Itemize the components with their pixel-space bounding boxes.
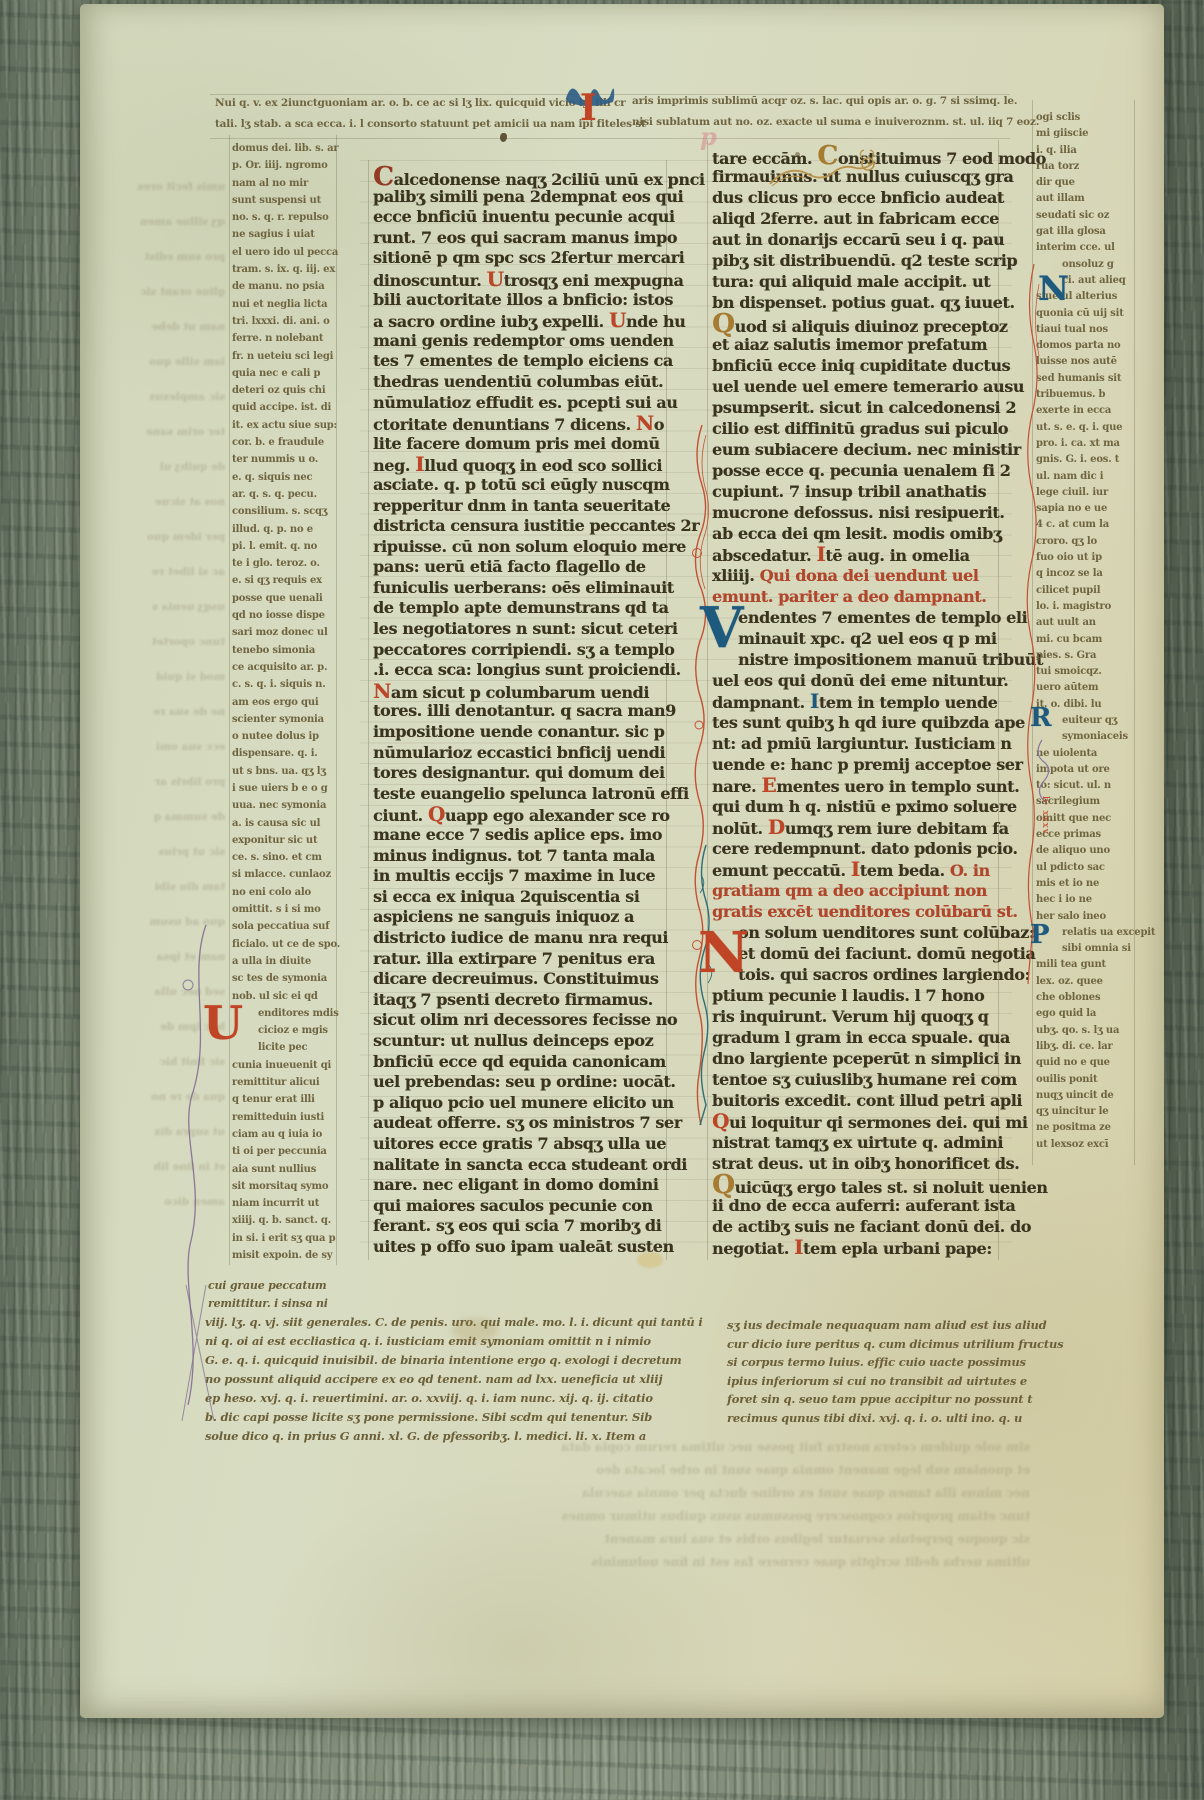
text-line: aia sunt nullius [232, 1161, 334, 1178]
text-line: tenebo simonia [232, 642, 334, 659]
text-line: foret sin q. seuo tam ppue accipitur no … [727, 1390, 1063, 1409]
text-line: interim cce. ul [1036, 240, 1136, 256]
red-marginal-note: b· xxxv [1040, 796, 1050, 835]
text-line: bili auctoritate illos a bnficio: istos [373, 290, 665, 311]
initial-N-non-solum: N [698, 925, 749, 981]
text-line: croro. qʒ lo [1036, 534, 1136, 550]
text-line: de manu. no psia [232, 278, 334, 295]
text-line: ne de sua re [95, 695, 225, 730]
text-line: quid no e que [1036, 1055, 1136, 1071]
text-line: bnficiū ecce qd equida canonicam [373, 1052, 665, 1073]
text-line: nui et neglia licta [232, 296, 334, 313]
text-line: qui dum h q. nistiū e pximo soluere [712, 796, 996, 817]
text-line: scuntur: ut nullus deinceps epoz [373, 1031, 665, 1052]
text-line: qui maiores saculos pecunie con [373, 1196, 665, 1217]
initial-U-venditores: U [203, 1000, 243, 1046]
text-line: relatis ua excepit [1036, 925, 1136, 941]
text-line: no possunt aliquid accipere ex eo qd ten… [205, 1370, 703, 1389]
text-line: aspiciens ne sanguis iniquoz a [373, 907, 665, 928]
text-line: deteri oz quis chi [232, 382, 334, 399]
text-line: les negotiatores n sunt: sicut ceteri [373, 619, 665, 640]
main-text-column-1: Calcedonense naqʒ 2ciliū unū ex pncipali… [373, 166, 665, 1257]
text-line: sapia no e ue [1036, 501, 1136, 517]
manuscript-photo: Nui q. v. ex 2iunctguoniam ar. o. b. ce … [0, 0, 1204, 1800]
text-line: pro sum edist [95, 240, 225, 275]
text-line: gnis. G. i. eos. t [1036, 452, 1136, 468]
text-line: nolūt. Dumqʒ rem iure debitam fa [712, 817, 996, 838]
text-line: omitt que nec [1036, 811, 1136, 827]
text-line: abscedatur. Itē aug. in omelia [712, 544, 996, 565]
text-line: ciunt. Quapp ego alexander sce ro [373, 804, 665, 825]
text-line: sic quoque perpetuis seruatur legibus or… [170, 1528, 1030, 1551]
text-line: ecc sua omi [95, 730, 225, 765]
text-line: b. dic capi posse licite sʒ pone permiss… [205, 1408, 703, 1427]
text-line: nuqʒ uincit de [1036, 1088, 1136, 1104]
text-line: sicut olim nri decessores fecisse no [373, 1010, 665, 1031]
text-line: Quicūqʒ ergo tales st. si noluit uenien [712, 1174, 996, 1195]
text-line: gliue orant sic [95, 275, 225, 310]
text-line: remitteduin iusti [232, 1109, 334, 1126]
text-line: nūmulatioz effudit es. pcepti sui au [373, 393, 665, 414]
text-line: cere redempnunt. dato pdonis pcio. [712, 838, 996, 859]
text-line: ficialo. ut ce de spo. [232, 936, 334, 953]
text-line: sc tes de symonia [232, 970, 334, 987]
initial-N-right-gloss: N [1038, 272, 1069, 306]
text-line: p aliquo pcio uel munere elicito un [373, 1093, 665, 1114]
text-line: aut uult an [1036, 615, 1136, 631]
text-line: sunt suspensi ut [232, 192, 334, 209]
text-line: p. Or. iiij. ngromo [232, 157, 334, 174]
text-line: cicioz e mgis [232, 1022, 334, 1039]
text-line: ut lexsoz excī [1036, 1137, 1136, 1153]
text-line: domos parta no [1036, 338, 1136, 354]
text-line: domus dei. lib. s. ar [232, 140, 334, 157]
text-line: ul pdicto sac [1036, 860, 1136, 876]
text-line: gat illa glosa [1036, 224, 1136, 240]
text-line: ogi sclis [1036, 110, 1136, 126]
text-line: funiculis uerberans: oēs eliminauit [373, 578, 665, 599]
text-line: i. q. ilia [1036, 143, 1136, 159]
ruling-line [229, 135, 230, 1265]
text-line: cunia inueuenit qi [232, 1057, 334, 1074]
text-line: dir que [1036, 175, 1136, 191]
right-margin-gloss: ogi sclismi giisciei. q. iliarua torzdir… [1036, 110, 1136, 1153]
pink-showthrough-letter: p [700, 122, 717, 151]
ruling-line [336, 135, 337, 1265]
text-line: nos at sicue [95, 485, 225, 520]
text-line: ti oi per peccunia [232, 1143, 334, 1160]
text-line: it. ex actu siue sup: [232, 417, 334, 434]
text-line: pro libris ar [95, 765, 225, 800]
text-line: impota ut ore [1036, 762, 1136, 778]
text-line: misit expoin. de sy [232, 1247, 334, 1264]
text-line: el uero ido ul pecca [232, 244, 334, 261]
text-line: ctoritate denuntians 7 dicens. No [373, 413, 665, 434]
text-line: ul. nam dic i [1036, 469, 1136, 485]
text-line: uel prebendas: seu p ordine: uocāt. [373, 1072, 665, 1093]
text-line: Quod si aliquis diuinoz preceptoz [712, 313, 996, 334]
text-line: audeat offerre. sʒ os ministros 7 ser [373, 1113, 665, 1134]
text-line: districto iudice de manu nra requi [373, 928, 665, 949]
text-line: pro. i. ca. xt ma [1036, 436, 1136, 452]
text-line: si corpus termo luius. effic cuio uacte … [727, 1353, 1063, 1372]
text-line: gradum l gram in ecca spuale. qua [712, 1027, 996, 1048]
text-line: Nam sicut p columbarum uendi [373, 681, 665, 702]
text-line: uero aūtem [1036, 680, 1136, 696]
text-line: e. si qʒ requis ex [232, 572, 334, 589]
text-line: lite facere domum pris mei domū [373, 434, 665, 455]
text-line: ne positma ze [1036, 1120, 1136, 1136]
text-line: 4 c. at cum la [1036, 517, 1136, 533]
text-line: qʒ sillue amen [95, 205, 225, 240]
text-line: pans: uerū etiā facto flagello de [373, 557, 665, 578]
text-line: de aliquo uno [1036, 843, 1136, 859]
text-line: nalitate in sancta ecca studeant ordi [373, 1155, 665, 1176]
text-line: to: sicut. ul. n [1036, 778, 1136, 794]
text-line: ultima uerba dedit scriptis quae cernere… [170, 1551, 1030, 1574]
text-line: buitoris excedit. cont illud petri apli [712, 1090, 996, 1111]
text-line: bnficiū ecce iniq cupiditate ductus [712, 355, 996, 376]
penwork-purple-curl [1030, 740, 1050, 804]
text-line: i sue uiers b e o g [232, 780, 334, 797]
text-line: uende e: hanc p premij acceptoe ser [712, 754, 996, 775]
text-line: sitionē p qm spc scs 2fertur mercari [373, 248, 665, 269]
text-line: in si. i erit sʒ qua p [232, 1230, 334, 1247]
text-line: teste euangelio spelunca latronū effi [373, 784, 665, 805]
text-line: asciate. q. p totū sci eūgly nuscqm [373, 475, 665, 496]
text-line: strat deus. ut in oibʒ honorificet ds. [712, 1153, 996, 1174]
text-line: cilicet pupil [1036, 583, 1136, 599]
text-line: tentoe sʒ cuiuslibʒ humane rei com [712, 1069, 996, 1090]
text-line: nare. Ementes uero in templo sunt. [712, 775, 996, 796]
text-line: fuo oio ut ip [1036, 550, 1136, 566]
text-line: nistrat tamqʒ ex uirtute q. admini [712, 1132, 996, 1153]
text-line: G. e. q. i. quicquid inuisibil. de binar… [205, 1351, 703, 1370]
text-line: xliiij. Qui dona dei uendunt uel [712, 565, 996, 586]
text-line: nt: ad pmiū largiuntur. Iusticiam n [712, 733, 996, 754]
text-line: runt. 7 eos qui sacram manus impo [373, 228, 665, 249]
text-line: mi. cu bcam [1036, 632, 1136, 648]
text-line: uua. nec symonia [232, 797, 334, 814]
text-line: ep heso. xvj. q. i. reuertimini. ar. o. … [205, 1389, 703, 1408]
text-line: ac si libet re [95, 555, 225, 590]
text-line: nec minus illa tamen quae sunt ex ordine… [170, 1482, 1030, 1505]
ruling-line [210, 138, 1010, 139]
text-line: uel uende uel emere temerario ausu [712, 376, 996, 397]
text-line: tes sunt quibʒ h qd iure quibzda ape [712, 712, 996, 733]
text-line: ne uiolenta [1036, 746, 1136, 762]
text-line: a. is causa sic ul [232, 815, 334, 832]
text-line: quid accipe. ist. di [232, 399, 334, 416]
text-line: sari moz donec ul [232, 624, 334, 641]
text-line: ouilis ponit [1036, 1072, 1136, 1088]
text-line: hec i io ne [1036, 892, 1136, 908]
text-line: luisse nos autē [1036, 354, 1136, 370]
text-line: cupiunt. 7 insup tribil anathatis [712, 481, 996, 502]
text-line: pies. s. Gra [1036, 648, 1136, 664]
text-line: tunc etiam proprios cognoscere possumus … [170, 1505, 1030, 1528]
text-line: cilio est diffinitū gradus sui piculo [712, 418, 996, 439]
text-line: mili tea gunt [1036, 957, 1136, 973]
text-line: xiiij. q. b. sanct. q. [232, 1212, 334, 1229]
text-line: ferant. sʒ eos qui scia 7 moribʒ di [373, 1216, 665, 1237]
text-line: cur dicio iure peritus q. cum dicimus ut… [727, 1335, 1063, 1354]
text-line: ubʒ. qo. s. lʒ ua [1036, 1023, 1136, 1039]
text-line: nistre impositionem manuū tribuūt [712, 649, 996, 670]
text-line: sibi omnia si [1036, 941, 1136, 957]
text-line: nam ut debe [95, 310, 225, 345]
text-line: omittit. s i si mo [232, 901, 334, 918]
text-line: uel eos qui donū dei eme nituntur. [712, 670, 996, 691]
text-line: ptium pecunie l laudis. l 7 hono [712, 985, 996, 1006]
text-line: mod si quid [95, 660, 225, 695]
text-line: nam al no mir [232, 175, 334, 192]
text-line: gratis excēt uenditores colūbarū st. [712, 901, 996, 922]
text-line: dinoscuntur. Utrosqʒ eni mexpugna [373, 269, 665, 290]
text-line: nob. ul sic ei qd [232, 988, 334, 1005]
text-line: ut. s. e. q. i. que [1036, 420, 1136, 436]
text-line: impositione uende conantur. sic p [373, 722, 665, 743]
text-line: lege ciuil. iur [1036, 485, 1136, 501]
text-line: peccatores corripiendi. sʒ a templo [373, 640, 665, 661]
text-line: quia nec e cali p [232, 365, 334, 382]
text-line: a ulla in diuite [232, 953, 334, 970]
text-line: tes 7 ementes de templo eiciens ca [373, 351, 665, 372]
text-line: eum subiacere decium. nec ministir [712, 439, 996, 460]
text-line: dno largiente pceperūt n simplici in [712, 1048, 996, 1069]
text-line: uites p offo suo ipam ualeāt susten [373, 1237, 665, 1258]
initial-P-right-gloss: P [1030, 922, 1050, 948]
text-line: emunt peccatū. Item beda. O. in [712, 859, 996, 880]
text-line: tram. s. ix. q. iij. ex [232, 261, 334, 278]
text-line: ab ecca dei qm lesit. modis omibʒ [712, 523, 996, 544]
text-line: lex. oz. quee [1036, 974, 1136, 990]
text-line: nare. nec eligant in domo domini [373, 1175, 665, 1196]
text-line: thedras uendentiū columbas eiūt. [373, 372, 665, 393]
text-line: tura: qui aliquid male accipit. ut [712, 271, 996, 292]
text-line: de summa q [95, 800, 225, 835]
text-line: scienter symonia [232, 711, 334, 728]
text-line: enditores mdis [232, 1005, 334, 1022]
text-line: negotiat. Item epla urbani pape: [712, 1237, 996, 1258]
text-line: gratiam qm a deo accipiunt non [712, 880, 996, 901]
text-line: ter nummis u o. [232, 451, 334, 468]
text-line: mucrone defossus. nisi resipuerit. [712, 502, 996, 523]
text-line: districta censura iustitie peccantes 2r [373, 516, 665, 537]
text-line: ecce primas [1036, 827, 1136, 843]
text-line: tois. qui sacros ordines largiendo: [712, 964, 996, 985]
text-line: minauit xpc. q2 uel eos q p mi [712, 628, 996, 649]
text-line: aut illam [1036, 191, 1136, 207]
left-margin-gloss: domus dei. lib. s. arp. Or. iiij. ngromo… [232, 140, 334, 1264]
text-line: dicare decreuimus. Constituimus [373, 969, 665, 990]
text-line: fr. n ueteiu sci legi [232, 348, 334, 365]
text-line: consilium. s. scqʒ [232, 503, 334, 520]
text-line: ipius inferiorum si cui no transibit ad … [727, 1372, 1063, 1391]
text-line: sic ut prius [95, 835, 225, 870]
text-line: et aiaz salutis imemor prefatum [712, 334, 996, 355]
text-line: palibʒ simili pena 2dempnat eos qui [373, 187, 665, 208]
ink-speck-2 [795, 152, 800, 157]
text-line: licite pec [232, 1039, 334, 1056]
text-line: Calcedonense naqʒ 2ciliū unū ex pnci [373, 166, 665, 187]
text-line: posse que uenali [232, 590, 334, 607]
text-line: a sacro ordine iubʒ expelli. Unde hu [373, 310, 665, 331]
text-line: tui smoicqz. [1036, 664, 1136, 680]
text-line: c. s. q. i. siquis n. [232, 676, 334, 693]
text-line: o nutee dolus ip [232, 728, 334, 745]
text-line: sic amplexus [95, 380, 225, 415]
text-line: exerte in ecca [1036, 403, 1136, 419]
verso-showthrough-bottom: sim sole quidem cetera nostra fuit posse… [170, 1436, 1030, 1574]
text-line: tri. lxxxi. di. ani. o [232, 313, 334, 330]
text-line: sacrilegium [1036, 794, 1136, 810]
text-line: mi giiscie [1036, 126, 1136, 142]
text-line: illud. q. p. no e [232, 521, 334, 538]
text-line: ripuisse. cū non solum eloquio mere [373, 537, 665, 558]
text-line: libʒ. di. ce. lar [1036, 1039, 1136, 1055]
text-line: on solum uenditores sunt colūbaz: [712, 922, 996, 943]
text-line: her salo ineo [1036, 909, 1136, 925]
bottom-gloss-right: sʒ ius decimale nequaquam nam aliud est … [727, 1316, 1063, 1427]
text-line: mani genis redemptor oms uenden [373, 331, 665, 352]
text-line: minus indignus. tot 7 tanta mala [373, 846, 665, 867]
text-line: no eni colo alo [232, 884, 334, 901]
text-line: lo. i. magistro [1036, 599, 1136, 615]
text-line: nūmularioz eccastici bnficij uendi [373, 743, 665, 764]
text-line: dispensare. q. i. [232, 745, 334, 762]
text-line: ii dno de ecca auferri: auferant ista [712, 1195, 996, 1216]
running-head-letter: I [580, 90, 597, 126]
text-line: posse ecce q. pecunia uenalem fi 2 [712, 460, 996, 481]
top-gloss-line: nisi sublatum aut no. oz. exacte ul suma… [632, 116, 1039, 128]
text-line: sit morsitaq symo [232, 1178, 334, 1195]
text-line: umis fecit ores [95, 170, 225, 205]
text-line: tam diu sibi [95, 870, 225, 905]
text-line: no. s. q. r. repulso [232, 209, 334, 226]
text-line: tores. illi denotantur. q sacra man9 [373, 701, 665, 722]
parchment-patch [637, 1252, 663, 1268]
text-line: remittitur. i sinsa ni [208, 1295, 328, 1313]
bottom-stain [452, 1318, 498, 1342]
text-line: de quibʒ ul [95, 450, 225, 485]
text-line: sʒ ius decimale nequaquam nam aliud est … [727, 1316, 1063, 1335]
text-line: qd no iosse dispe [232, 607, 334, 624]
text-line: iam sille quo [95, 345, 225, 380]
text-line: uitores ecce gratis 7 absqʒ ulla ue [373, 1134, 665, 1155]
text-line: seudati sic oz [1036, 208, 1136, 224]
text-line: exponitur sic ut [232, 832, 334, 849]
text-line: pibʒ sit distribuendū. q2 teste scrip [712, 250, 996, 271]
text-line: q tenur erat illi [232, 1091, 334, 1108]
bottom-gloss-left-lead: cui graue peccatumremittitur. i sinsa ni [208, 1277, 328, 1313]
text-line: che oblones [1036, 990, 1136, 1006]
text-line: pi. l. emit. q. no [232, 538, 334, 555]
text-line: ris inquirunt. Verum hij quoqʒ q [712, 1006, 996, 1027]
text-line: solue dico q. in prius G anni. xl. G. de… [205, 1427, 703, 1446]
text-line: repperitur dnm in tanta seueritate [373, 496, 665, 517]
text-line: et domū dei faciunt. domū negotia [712, 943, 996, 964]
initial-V-vendentes: V [700, 600, 743, 656]
text-line: ce acquisito ar. p. [232, 659, 334, 676]
text-line: itaqʒ 7 psenti decreto firmamus. [373, 990, 665, 1011]
text-line: aliqd 2ferre. aut in fabricam ecce [712, 208, 996, 229]
text-line: ar. q. s. q. pecu. [232, 486, 334, 503]
text-line: si mlacce. cunlaoz [232, 866, 334, 883]
text-line: tiaui tual nos [1036, 322, 1136, 338]
text-line: sed humanis sit [1036, 371, 1136, 387]
text-line: tribuemus. b [1036, 387, 1136, 403]
text-line: dampnant. Item in templo uende [712, 691, 996, 712]
text-line: ce. s. sino. et cm [232, 849, 334, 866]
text-line: ne sagius i uiat [232, 226, 334, 243]
text-line: .i. ecca sca: longius sunt proiciendi. [373, 660, 665, 681]
text-line: mane ecce 7 sedis aplice eps. imo [373, 825, 665, 846]
text-line: aut in donarijs eccarū seu i q. pau [712, 229, 996, 250]
text-line: tores designantur. qui domum dei [373, 763, 665, 784]
text-line: sola peccatiua suf [232, 918, 334, 935]
text-line: ratur. illa extirpare 7 penitus era [373, 949, 665, 970]
text-line: ut s bns. ua. qʒ lʒ [232, 763, 334, 780]
text-line: cui graue peccatum [208, 1277, 328, 1295]
text-line: te i glo. teroz. o. [232, 555, 334, 572]
text-line: de actibʒ suis ne faciant donū dei. do [712, 1216, 996, 1237]
text-line: psumpserit. sicut in calcedonensi 2 [712, 397, 996, 418]
top-gloss-line: aris imprimis sublimū acqr oz. s. lac. q… [632, 95, 1017, 107]
text-line: ecce bnficiū inuentu pecunie acqui [373, 207, 665, 228]
text-line: usqʒ uenia s [95, 590, 225, 625]
text-line: et quoniam sub lege manent omnia quae su… [170, 1459, 1030, 1482]
text-line: in multis eccijs 7 maxime in luce [373, 866, 665, 887]
dragon-flourish-icon [768, 150, 880, 192]
text-line: tunc oportet [95, 625, 225, 660]
text-line: per idem quo [95, 520, 225, 555]
initial-R-right-gloss: R [1030, 705, 1052, 731]
text-line: ter orim sane [95, 415, 225, 450]
text-line: e. q. siquis nec [232, 469, 334, 486]
text-line: am eos ergo qui [232, 694, 334, 711]
text-line: cor. b. e fraudule [232, 434, 334, 451]
text-line: bn dispenset. potius guat. qʒ iuuet. [712, 292, 996, 313]
text-line: mis et io ne [1036, 876, 1136, 892]
text-line: niam incurrit ut [232, 1195, 334, 1212]
text-line: de templo apte demunstrans qd ta [373, 598, 665, 619]
text-line: neg. Illud quoqʒ in eod sco sollici [373, 454, 665, 475]
text-line: emunt. pariter a deo dampnant. [712, 586, 996, 607]
text-line: si ecca ex iniqua 2quiscentia si [373, 887, 665, 908]
text-line: recimus qunus tibi dixi. xvj. q. i. o. u… [727, 1409, 1063, 1428]
text-line: remittitur alicui [232, 1074, 334, 1091]
text-line: qʒ uincitur le [1036, 1104, 1136, 1120]
text-line: ferre. n nolebant [232, 330, 334, 347]
text-line: endentes 7 ementes de templo eli [712, 607, 996, 628]
text-line: rua torz [1036, 159, 1136, 175]
text-line: Qui loquitur qi sermones dei. qui mi [712, 1111, 996, 1132]
text-line: q incoz se la [1036, 566, 1136, 582]
main-text-column-2: tare eccām. Constituimus 7 eod modofirma… [712, 145, 996, 1258]
text-line: ego quid la [1036, 1006, 1136, 1022]
text-line: ciam au q iuia io [232, 1126, 334, 1143]
ruling-line [368, 160, 369, 1260]
